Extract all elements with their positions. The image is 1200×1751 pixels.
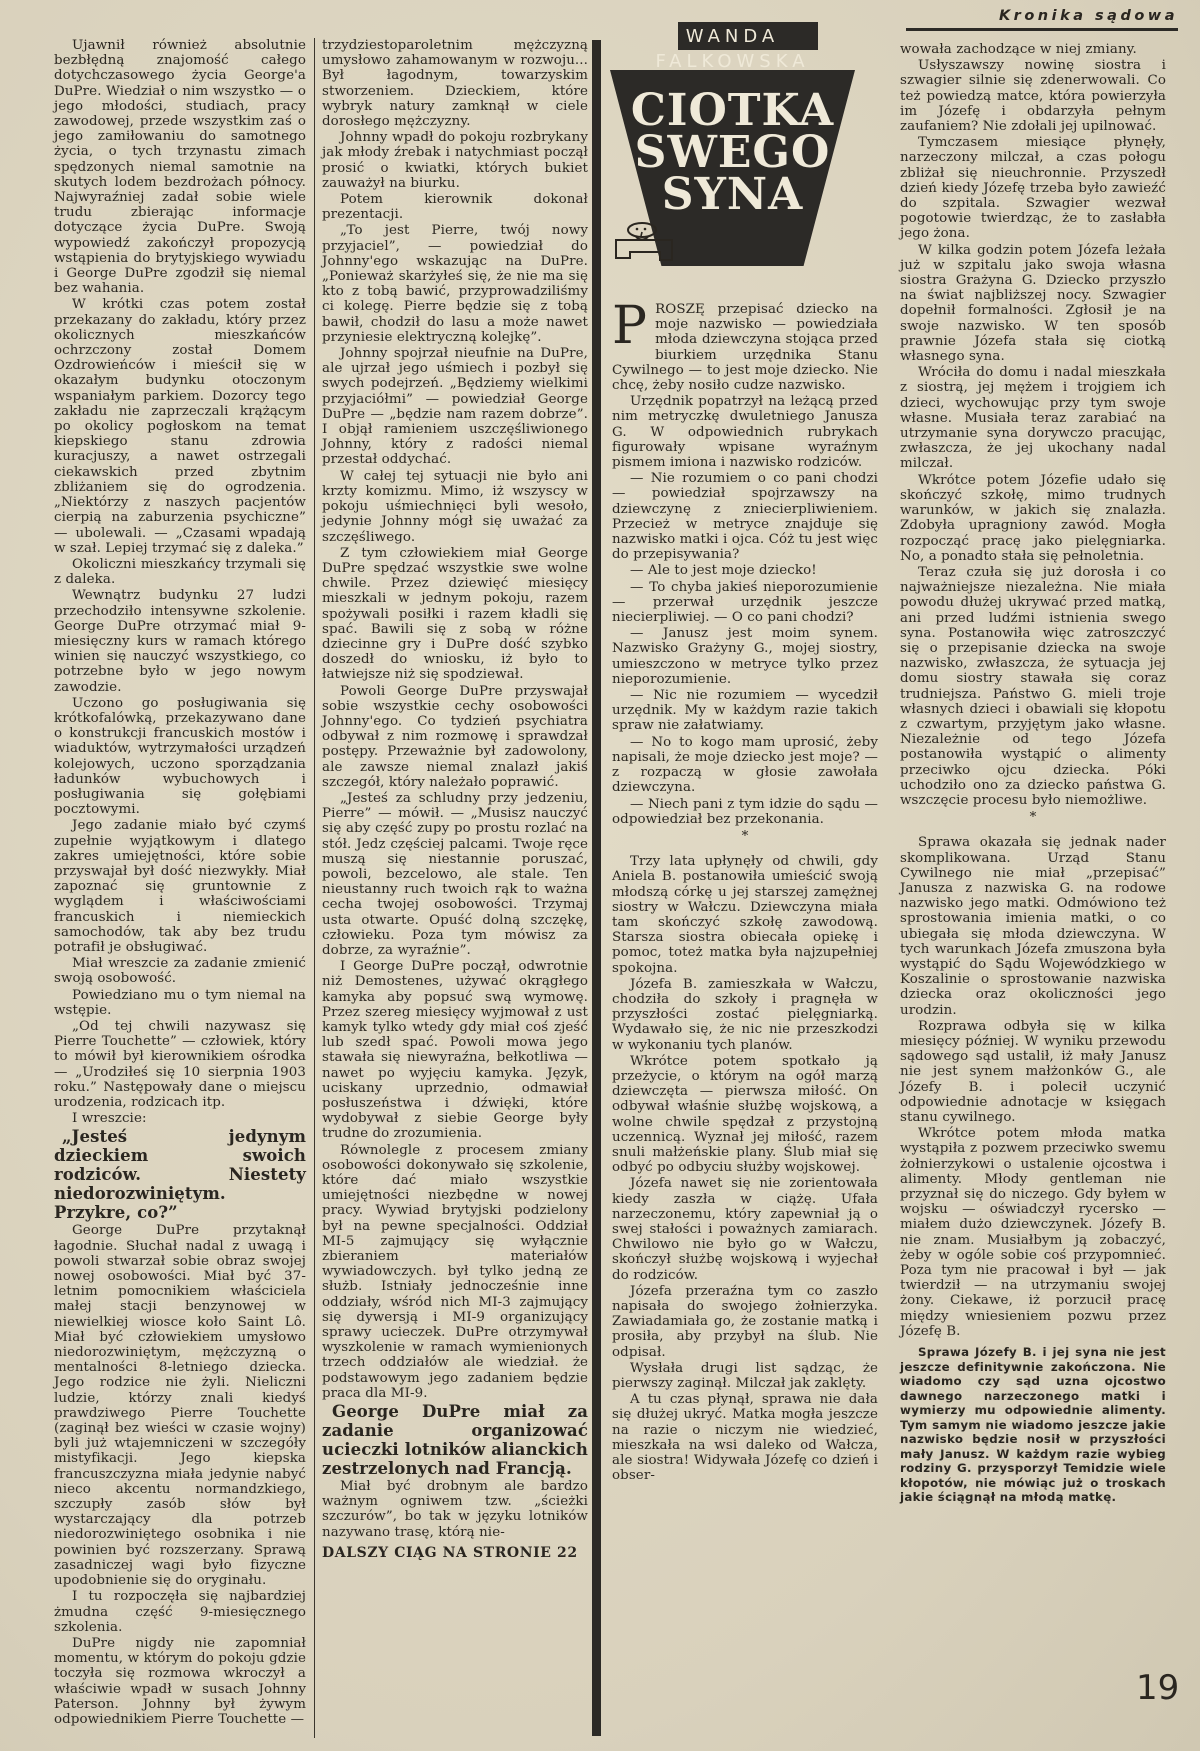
paragraph: Usłyszawszy nowinę siostra i szwagier si… <box>900 58 1166 134</box>
paragraph: — No to kogo mam uprosić, żeby napisali,… <box>612 735 878 796</box>
paragraph: — Janusz jest moim synem. Nazwisko Graży… <box>612 626 878 687</box>
paragraph: Równolegle z procesem zmiany osobowości … <box>322 1143 588 1401</box>
paragraph: — Niech pani z tym idzie do sądu — odpow… <box>612 797 878 827</box>
paragraph: Miał być drobnym ale bardzo ważnym ogniw… <box>322 1479 588 1540</box>
paragraph: Sprawa okazała się jednak nader skomplik… <box>900 835 1166 1017</box>
column-1: Ujawnił również absolutnie bezbłędną zna… <box>54 38 306 1728</box>
paragraph: trzydziestoparoletnim mężczyzną umysłowo… <box>322 38 588 129</box>
lead-paragraph: PROSZĘ przepisać dziecko na moje nazwisk… <box>612 302 878 393</box>
paragraph: George DuPre przytaknął łagodnie. Słucha… <box>54 1223 306 1588</box>
paragraph: Józefa przeraźna tym co zaszło napisała … <box>612 1284 878 1360</box>
paragraph: Powiedziano mu o tym niemal na wstępie. <box>54 988 306 1018</box>
paragraph: Okoliczni mieszkańcy trzymali się z dale… <box>54 557 306 587</box>
paragraph: I wreszcie: <box>54 1111 306 1126</box>
paragraph: Johnny spojrzał nieufnie na DuPre, ale u… <box>322 346 588 468</box>
author-first-name: WANDA <box>610 26 855 47</box>
paragraph: — Ale to jest moje dziecko! <box>612 563 878 578</box>
paragraph: Rozprawa odbyła się w kilka miesięcy póź… <box>900 1019 1166 1125</box>
title-line-1: CIOTKA <box>610 90 855 132</box>
page-number: 19 <box>1136 1668 1179 1708</box>
paragraph: Powoli George DuPre przyswajał sobie wsz… <box>322 684 588 790</box>
paragraph: wowała zachodzące w niej zmiany. <box>900 42 1166 57</box>
paragraph: Urzędnik popatrzył na leżącą przed nim m… <box>612 394 878 470</box>
continued-on-page-link[interactable]: DALSZY CIĄG NA STRONIE 22 <box>322 1546 588 1561</box>
paragraph: Wkrótce potem spotkało ją przeżycie, o k… <box>612 1054 878 1176</box>
drop-cap: P <box>612 304 647 348</box>
paragraph: Wróciła do domu i nadal mieszkała z sios… <box>900 365 1166 471</box>
paragraph: Teraz czuła się już dorosła i co najważn… <box>900 565 1166 808</box>
paragraph: W krótki czas potem został przekazany do… <box>54 297 306 555</box>
paragraph: Miał wreszcie za zadanie zmienić swoją o… <box>54 956 306 986</box>
paragraph: Z tym człowiekiem miał George DuPre spęd… <box>322 546 588 683</box>
paragraph: Józefa B. zamieszkała w Wałczu, chodziła… <box>612 977 878 1053</box>
column-divider <box>314 38 315 1738</box>
paragraph: Tymczasem miesiące płynęły, narzeczony m… <box>900 135 1166 241</box>
cartoon-figure-icon <box>612 220 678 272</box>
column-3: PROSZĘ przepisać dziecko na moje nazwisk… <box>612 302 878 1484</box>
paragraph: „Od tej chwili nazywasz się Pierre Touch… <box>54 1019 306 1110</box>
paragraph: Ujawnił również absolutnie bezbłędną zna… <box>54 38 306 296</box>
paragraph: Trzy lata upłynęły od chwili, gdy Aniela… <box>612 854 878 976</box>
pull-quote: George DuPre miał za zadanie organizować… <box>322 1402 588 1478</box>
paragraph: — Nie rozumiem o co pani chodzi — powied… <box>612 471 878 562</box>
paragraph: I tu rozpoczęła się najbardziej żmudna c… <box>54 1589 306 1635</box>
title-line-3: SYNA <box>610 174 855 216</box>
paragraph: W całej tej sytuacji nie było ani krzty … <box>322 469 588 545</box>
paragraph: — Nic nie rozumiem — wycedził urzędnik. … <box>612 688 878 734</box>
paragraph: DuPre nigdy nie zapomniał momentu, w któ… <box>54 1636 306 1727</box>
column-2: trzydziestoparoletnim mężczyzną umysłowo… <box>322 38 588 1562</box>
column-4: wowała zachodzące w niej zmiany. Usłysza… <box>900 42 1166 1506</box>
paragraph: A tu czas płynął, sprawa nie dała się dł… <box>612 1392 878 1483</box>
section-header: Kronika sądowa <box>906 8 1178 31</box>
paragraph: Józefa nawet się nie zorientowała kiedy … <box>612 1176 878 1282</box>
paragraph: W kilka godzin potem Józefa leżała już w… <box>900 243 1166 365</box>
editorial-note: Sprawa Józefy B. i jej syna nie jest jes… <box>900 1345 1166 1505</box>
title-line-2: SWEGO <box>610 132 855 174</box>
paragraph: Wkrótce potem młoda matka wystąpiła z po… <box>900 1126 1166 1339</box>
paragraph: Jego zadanie miało być czymś zupełnie wy… <box>54 818 306 955</box>
paragraph: Potem kierownik dokonał prezentacji. <box>322 192 588 222</box>
author-last-name: FALKOWSKA <box>610 51 855 72</box>
article-title: CIOTKA SWEGO SYNA <box>610 90 855 216</box>
paragraph: Uczono go posługiwania się krótkofalówką… <box>54 696 306 818</box>
lead-text: ROSZĘ przepisać dziecko na moje nazwisko… <box>612 302 878 393</box>
pull-quote: „Jesteś jedynym dzieckiem swoich rodzicó… <box>54 1127 306 1222</box>
paragraph: Wysłała drugi list sądząc, że pierwszy z… <box>612 1361 878 1391</box>
paragraph: Johnny wpadł do pokoju rozbrykany jak mł… <box>322 130 588 191</box>
paragraph: I George DuPre począł, odwrotnie niż Dem… <box>322 959 588 1141</box>
section-separator-star: * <box>612 829 878 844</box>
magazine-page: Kronika sądowa WANDA FALKOWSKA CIOTKA SW… <box>0 0 1200 1751</box>
paragraph: „Jesteś za schludny przy jedzeniu, Pierr… <box>322 791 588 958</box>
paragraph: „To jest Pierre, twój nowy przyjaciel”, … <box>322 223 588 345</box>
section-separator-star: * <box>900 810 1166 825</box>
paragraph: Wewnątrz budynku 27 ludzi przechodziło i… <box>54 588 306 694</box>
paragraph: — To chyba jakieś nieporozumienie — prze… <box>612 580 878 626</box>
paragraph: Wkrótce potem Józefie udało się skończyć… <box>900 473 1166 564</box>
column-divider-thick <box>592 40 601 1736</box>
